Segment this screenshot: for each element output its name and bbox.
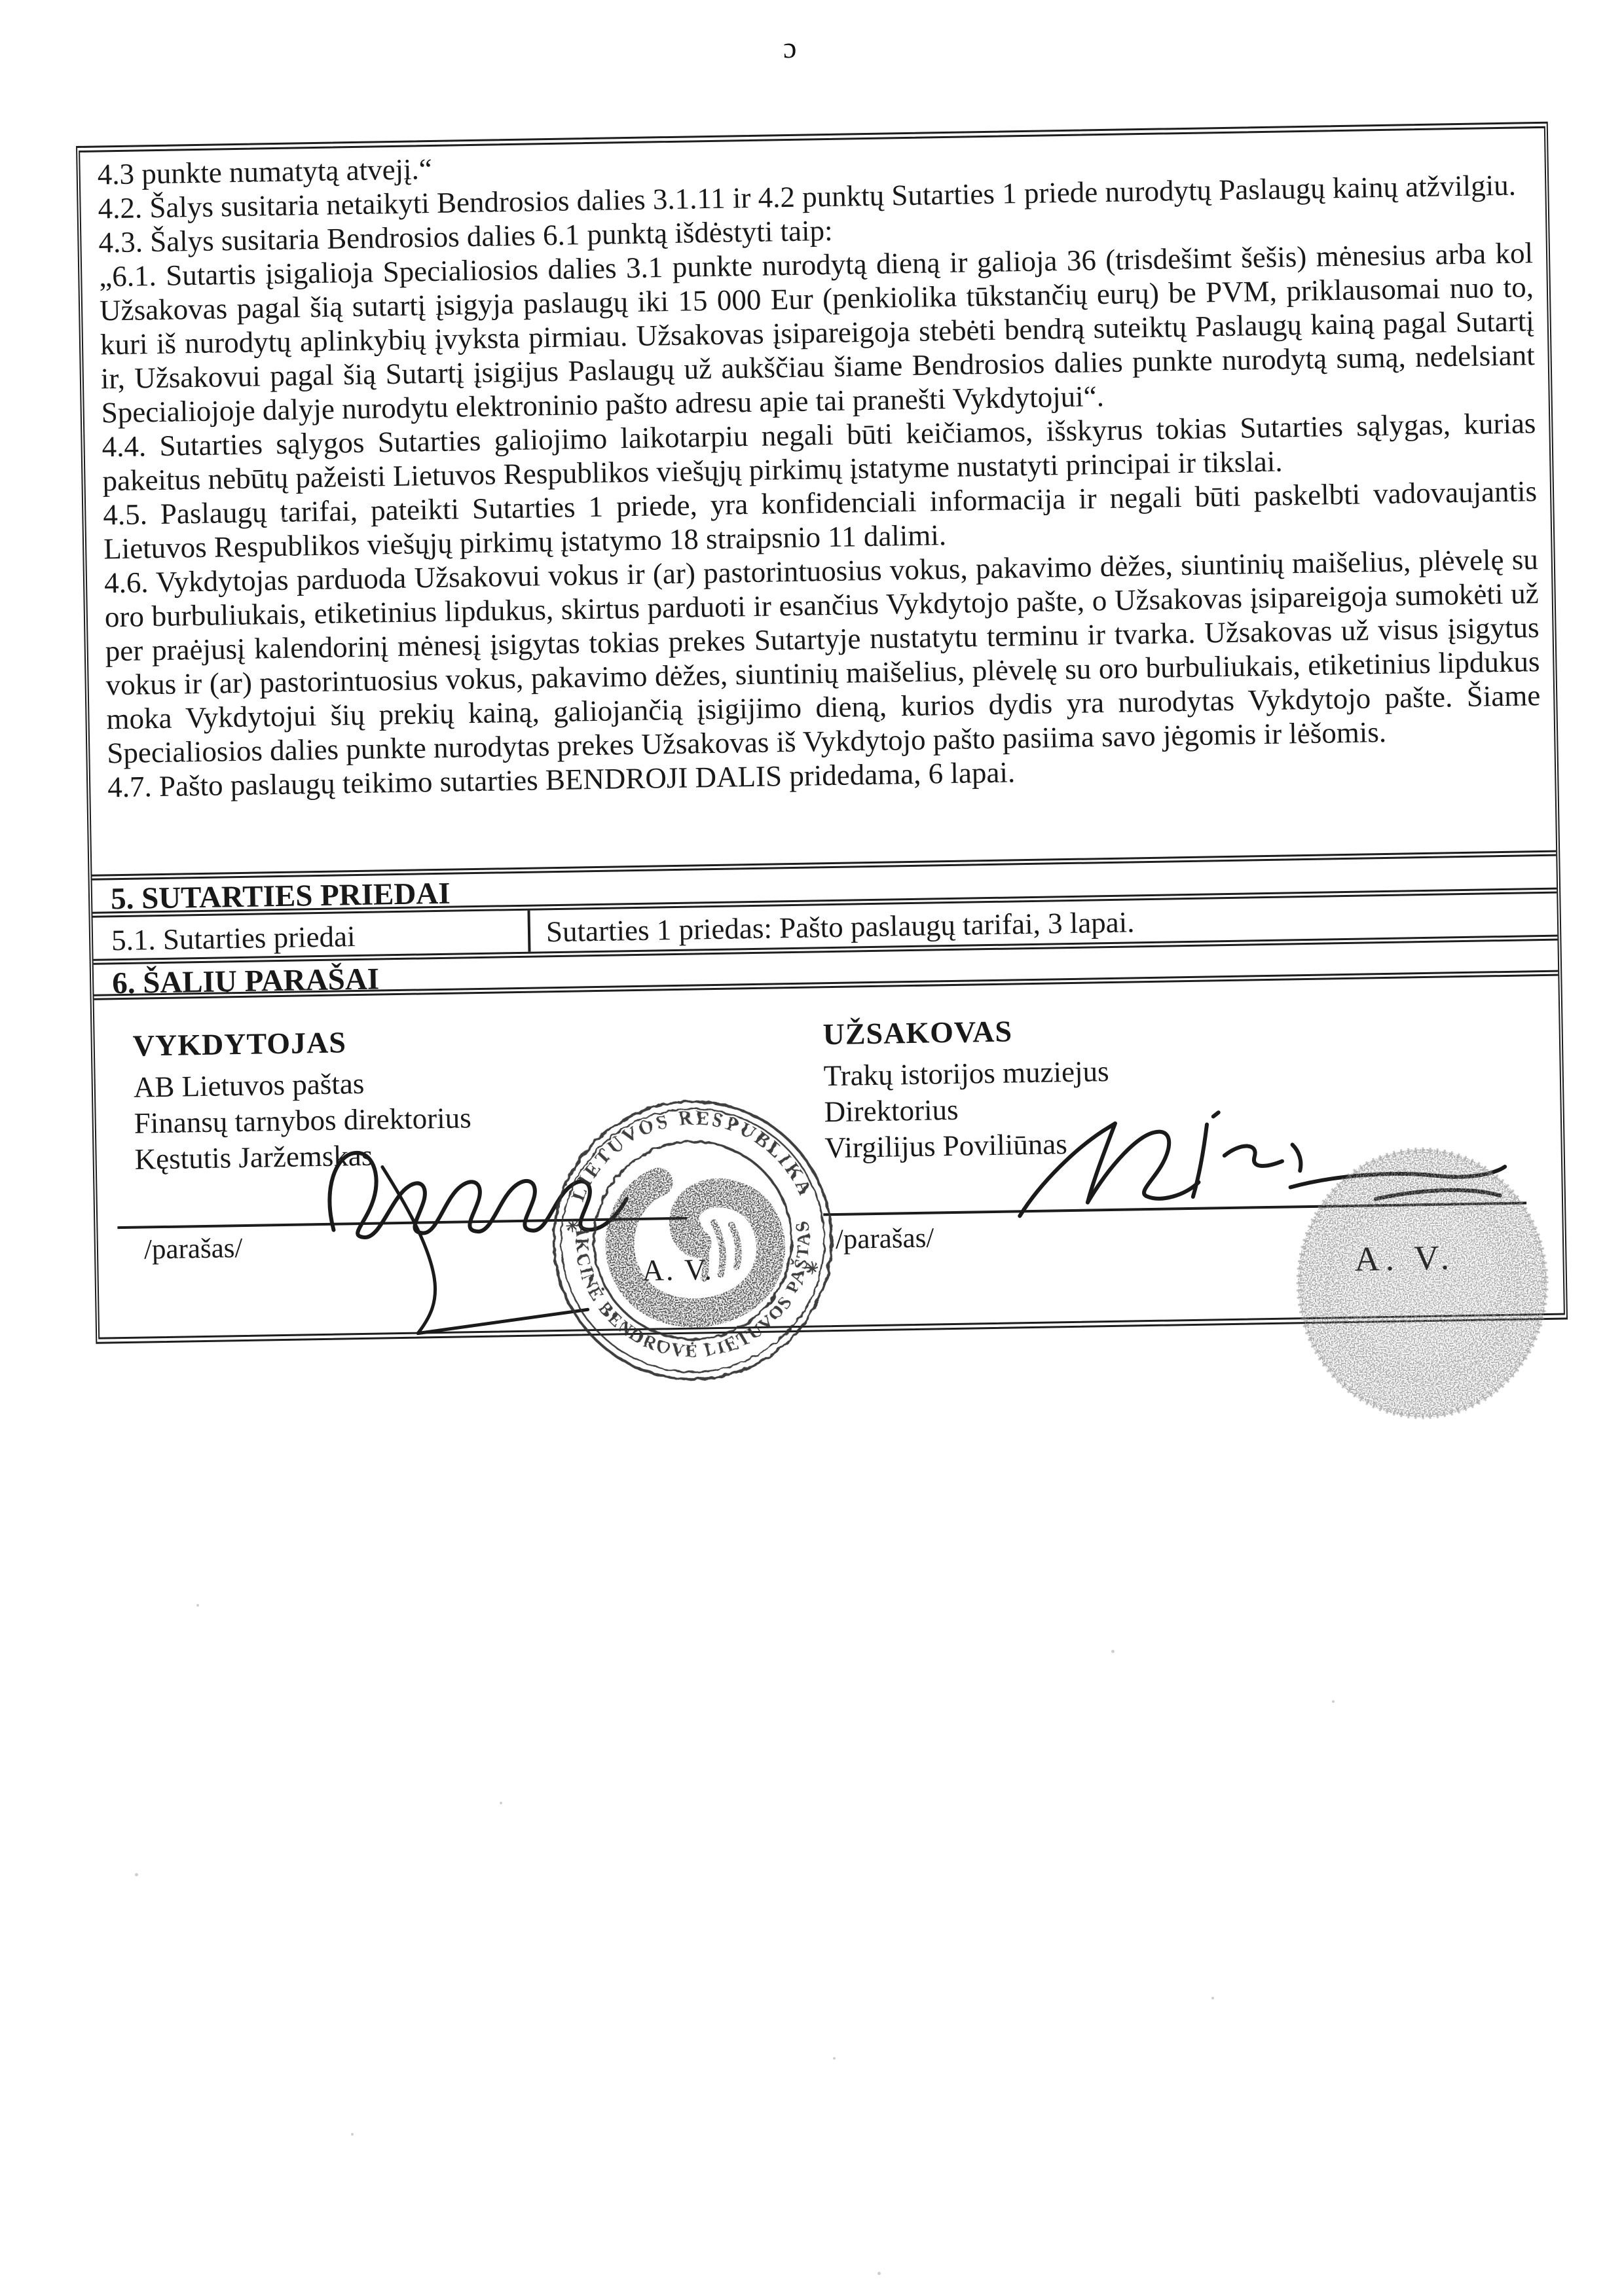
vykdytojas-seal-mark: A. V. [642, 1252, 714, 1288]
uzsakovas-position: Direktorius [824, 1089, 1110, 1130]
scan-noise-dot [500, 1802, 502, 1804]
stamp-ring-top-text: LIETUVOS RESPUBLIKA [565, 1105, 817, 1205]
vykdytojas-signature-caption: /parašas/ [144, 1232, 243, 1266]
svg-text:LIETUVOS RESPUBLIKA: LIETUVOS RESPUBLIKA [565, 1105, 817, 1205]
uzsakovas-name: Virgilijus Poviliūnas [824, 1125, 1111, 1166]
page-number: ɔ [783, 30, 796, 65]
vykdytojas-block: VYKDYTOJAS AB Lietuvos paštas Finansų ta… [132, 1023, 472, 1178]
uzsakovas-role-label: UŽSAKOVAS [822, 1012, 1109, 1051]
signatures-row: VYKDYTOJAS AB Lietuvos paštas Finansų ta… [94, 976, 1564, 1338]
contract-table: 4.3 punkte numatytą atvejį.“ 4.2. Šalys … [76, 122, 1568, 1344]
lietuvos-pastas-round-stamp: LIETUVOS RESPUBLIKA AKCINĖ BENDROVĖ LIET… [551, 1099, 834, 1381]
vykdytojas-signature-line [117, 1217, 687, 1229]
vykdytojas-position: Finansų tarnybos direktorius [134, 1100, 471, 1142]
uzsakovas-seal-mark: A. V. [1354, 1238, 1455, 1279]
scan-noise-dot [1111, 1650, 1115, 1653]
scan-noise-dot [833, 2057, 836, 2060]
vykdytojas-company: AB Lietuvos paštas [133, 1064, 471, 1106]
contract-clause: „6.1. Sutartis įsigalioja Specialiosios … [99, 236, 1536, 429]
scan-noise-dot [1332, 1700, 1335, 1703]
scan-noise-dot [135, 1873, 138, 1876]
uzsakovas-company: Trakų istorijos muziejus [823, 1053, 1109, 1094]
uzsakovas-signature-line [823, 1201, 1526, 1216]
svg-text:AKCINĖ BENDROVĖ LIETUVOS PAŠTA: AKCINĖ BENDROVĖ LIETUVOS PAŠTAS [571, 1219, 816, 1364]
uzsakovas-block: UŽSAKOVAS Trakų istorijos muziejus Direk… [822, 1012, 1111, 1166]
scan-noise-dot [282, 517, 285, 520]
vykdytojas-role-label: VYKDYTOJAS [132, 1023, 470, 1063]
scan-noise-dot [351, 2133, 354, 2136]
stamp-ring-bottom-text: AKCINĖ BENDROVĖ LIETUVOS PAŠTAS [571, 1219, 816, 1364]
contract-clause: 4.6. Vykdytojas parduoda Užsakovui vokus… [104, 542, 1541, 770]
scan-noise-dot [1211, 1997, 1214, 1999]
attachments-row-label: 5.1. Sutarties priedai [93, 911, 531, 959]
scan-noise-dot [877, 2272, 881, 2275]
uzsakovas-signature-caption: /parašas/ [835, 1222, 934, 1256]
stamp-separator-icon: ✳ [804, 1258, 819, 1277]
scanned-contract-page: { "page_number": "ɔ", "clauses": [ "4.3 … [0, 0, 1624, 2296]
faint-stamp [1296, 1147, 1549, 1419]
contract-clauses-cell: 4.3 punkte numatytą atvejį.“ 4.2. Šalys … [80, 128, 1556, 881]
vykdytojas-name: Kęstutis Jaržemskas [134, 1136, 472, 1178]
vykdytojas-signature [329, 1148, 629, 1335]
posthorn-icon [610, 1167, 780, 1324]
scan-noise-dot [196, 1604, 199, 1607]
